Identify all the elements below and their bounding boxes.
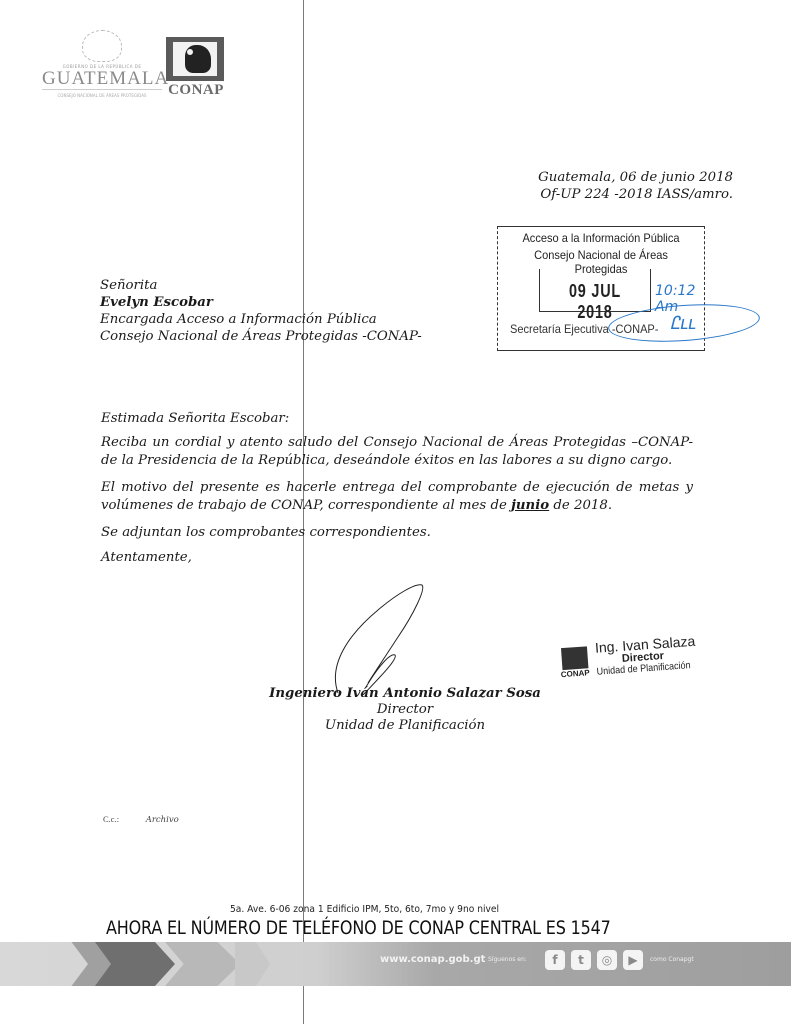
- instagram-icon[interactable]: ◎: [597, 950, 617, 970]
- facebook-icon[interactable]: f: [545, 950, 565, 970]
- director-seal: CONAP Ing. Ivan Salaza Director Unidad d…: [559, 632, 712, 688]
- follow-label: Síguenos en:: [488, 956, 527, 963]
- gov-logo-name: GUATEMALA: [42, 69, 162, 90]
- coat-of-arms-icon: [82, 30, 122, 62]
- chevron-decoration: [235, 942, 270, 986]
- greeting: Estimada Señorita Escobar:: [101, 410, 693, 428]
- paragraph-3: Se adjuntan los comprobantes correspondi…: [101, 524, 693, 542]
- stamp-line1: Acceso a la Información Pública: [506, 231, 696, 245]
- conap-logo-text: CONAP: [166, 82, 226, 99]
- recipient-organization: Consejo Nacional de Áreas Protegidas -CO…: [100, 328, 422, 345]
- recipient-block: Señorita Evelyn Escobar Encargada Acceso…: [100, 277, 422, 345]
- date-line: Guatemala, 06 de junio 2018: [505, 169, 733, 186]
- stamp-date-box: 09 JUL 2018: [539, 269, 651, 312]
- recipient-salutation: Señorita: [100, 277, 422, 294]
- social-handle: como Conapgt: [650, 956, 694, 963]
- recipient-position: Encargada Acceso a Información Pública: [100, 311, 422, 328]
- cc-label: C.c.:: [103, 814, 143, 824]
- seal-conap-logo-icon: CONAP: [559, 646, 591, 680]
- signer-block: Ingeniero Iván Antonio Salazar Sosa Dire…: [240, 686, 570, 734]
- paragraph-1: Reciba un cordial y atento saludo del Co…: [101, 434, 693, 470]
- date-reference-block: Guatemala, 06 de junio 2018 Of-UP 224 -2…: [505, 169, 733, 203]
- received-stamp: Acceso a la Información Pública Consejo …: [497, 226, 705, 351]
- youtube-icon[interactable]: ▶: [623, 950, 643, 970]
- cc-value: Archivo: [146, 815, 179, 825]
- chevron-decoration: [165, 942, 240, 986]
- paragraph-2: El motivo del presente es hacerle entreg…: [101, 479, 693, 515]
- stamp-initials-signature: Ꮭււ: [670, 313, 696, 334]
- footer-band: www.conap.gob.gt Síguenos en: f t ◎ ▶ co…: [0, 942, 791, 986]
- conap-monkey-icon: [166, 37, 224, 81]
- closing: Atentamente,: [101, 549, 693, 567]
- recipient-name: Evelyn Escobar: [100, 294, 422, 311]
- phone-notice: AHORA EL NÚMERO DE TELÉFONO DE CONAP CEN…: [106, 918, 611, 939]
- signer-title: Director: [240, 702, 570, 718]
- report-month: junio: [511, 498, 549, 513]
- conap-logo: CONAP: [166, 37, 226, 99]
- signer-name: Ingeniero Iván Antonio Salazar Sosa: [240, 686, 570, 702]
- gov-logo-bottom-text: CONSEJO NACIONAL DE ÁREAS PROTEGIDAS: [42, 93, 162, 98]
- reference-number: Of-UP 224 -2018 IASS/amro.: [505, 186, 733, 203]
- twitter-icon[interactable]: t: [571, 950, 591, 970]
- seal-unit: Unidad de Planificación: [596, 660, 691, 678]
- paragraph-2-end: de 2018.: [549, 498, 612, 513]
- handwritten-signature: [318, 575, 448, 695]
- website-link[interactable]: www.conap.gob.gt: [380, 954, 485, 965]
- signer-unit: Unidad de Planificación: [240, 718, 570, 734]
- carbon-copy: C.c.: Archivo: [103, 814, 179, 825]
- footer-address: 5a. Ave. 6-06 zona 1 Edificio IPM, 5to, …: [230, 904, 499, 915]
- guatemala-government-logo: GOBIERNO DE LA REPÚBLICA DE GUATEMALA CO…: [42, 30, 162, 102]
